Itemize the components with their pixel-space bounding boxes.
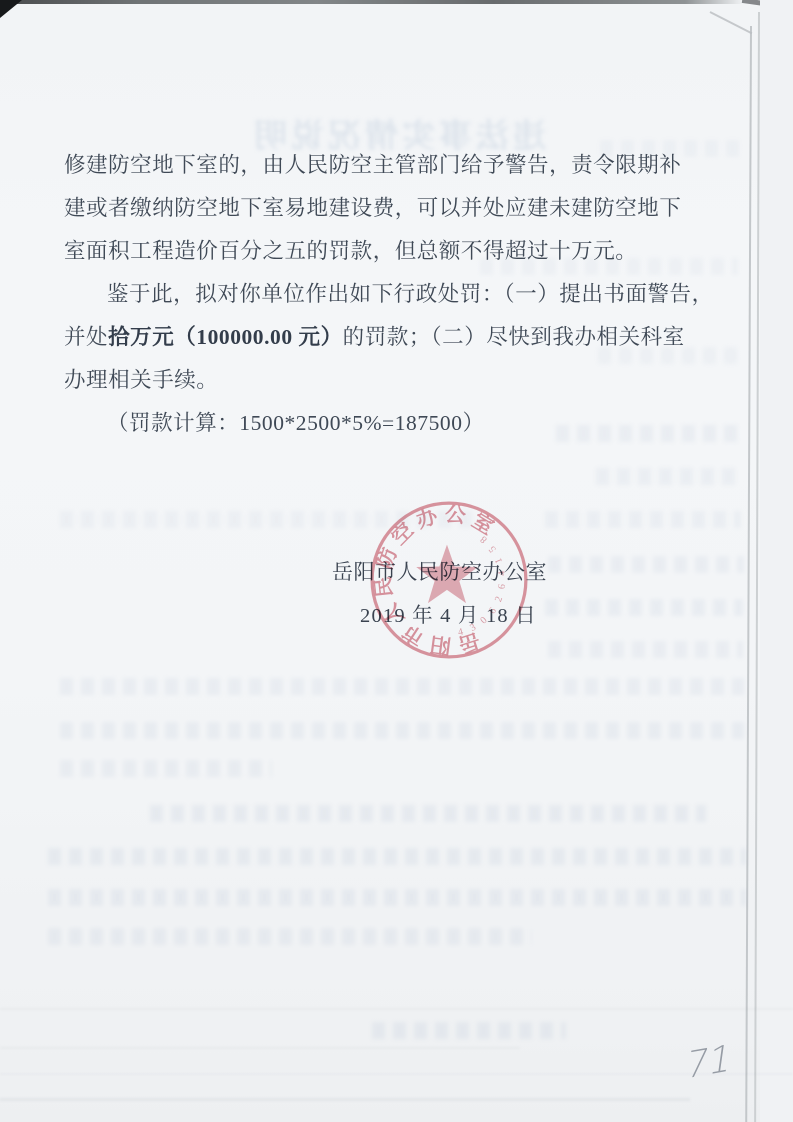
bleedthrough-line [545, 599, 743, 616]
body-line-5: 并处拾万元（100000.00 元）的罚款；（二）尽快到我办相关科室 [64, 325, 732, 350]
body-line-3: 室面积工程造价百分之五的罚款，但总额不得超过十万元。 [64, 239, 732, 264]
body-line-5-post: 的罚款；（二）尽快到我办相关科室 [343, 325, 685, 349]
scanned-document-page: 违法事实情况说明 修建防空地下室的，由人民防空主管部门给予警告，责令限期补 建或… [0, 0, 793, 1122]
bleedthrough-line [48, 889, 746, 906]
bleedthrough-line [548, 556, 744, 573]
scan-streak [0, 1047, 520, 1049]
body-line-5-pre: 并处 [64, 325, 108, 349]
body-line-6: 办理相关手续。 [64, 368, 732, 393]
bleedthrough-line [548, 641, 743, 658]
bleedthrough-line [150, 805, 706, 822]
bleedthrough-line [60, 678, 744, 695]
bleedthrough-line [372, 1022, 566, 1039]
scan-streak [0, 1098, 690, 1101]
penalty-amount: 拾万元（100000.00 元） [108, 325, 343, 349]
bleedthrough-line [48, 928, 532, 945]
body-line-2: 建或者缴纳防空地下室易地建设费，可以并处应建未建防空地下 [64, 196, 732, 221]
official-seal: 岳阳市人民防空办公室 4306264158 [363, 494, 535, 666]
bleedthrough-line [48, 848, 746, 865]
bleedthrough-line [60, 722, 744, 739]
scan-top-edge [8, 0, 744, 4]
page-stack-line [754, 12, 759, 1122]
body-line-4: 鉴于此，拟对你单位作出如下行政处罚：（一）提出书面警告， [64, 282, 732, 307]
scan-streak [0, 1073, 793, 1075]
bleedthrough-line [545, 511, 741, 528]
page-stack-corner-line [710, 11, 753, 34]
scan-streak [0, 1008, 793, 1010]
seal-code-text: 4306264158 [457, 532, 508, 638]
bleedthrough-line [596, 468, 738, 485]
seal-code-holder: 4306264158 [457, 532, 508, 638]
page-stack-edge-region [760, 0, 793, 1122]
seal-star-icon [416, 545, 478, 604]
bleedthrough-line [60, 760, 272, 777]
page-stack-line [745, 26, 752, 1122]
body-line-1: 修建防空地下室的，由人民防空主管部门给予警告，责令限期补 [64, 153, 732, 178]
handwritten-page-number: 71 [683, 1037, 734, 1088]
fine-calculation-note: （罚款计算：1500*2500*5%=187500） [64, 411, 732, 436]
bleedthrough-title: 违法事实情况说明 [248, 110, 548, 157]
